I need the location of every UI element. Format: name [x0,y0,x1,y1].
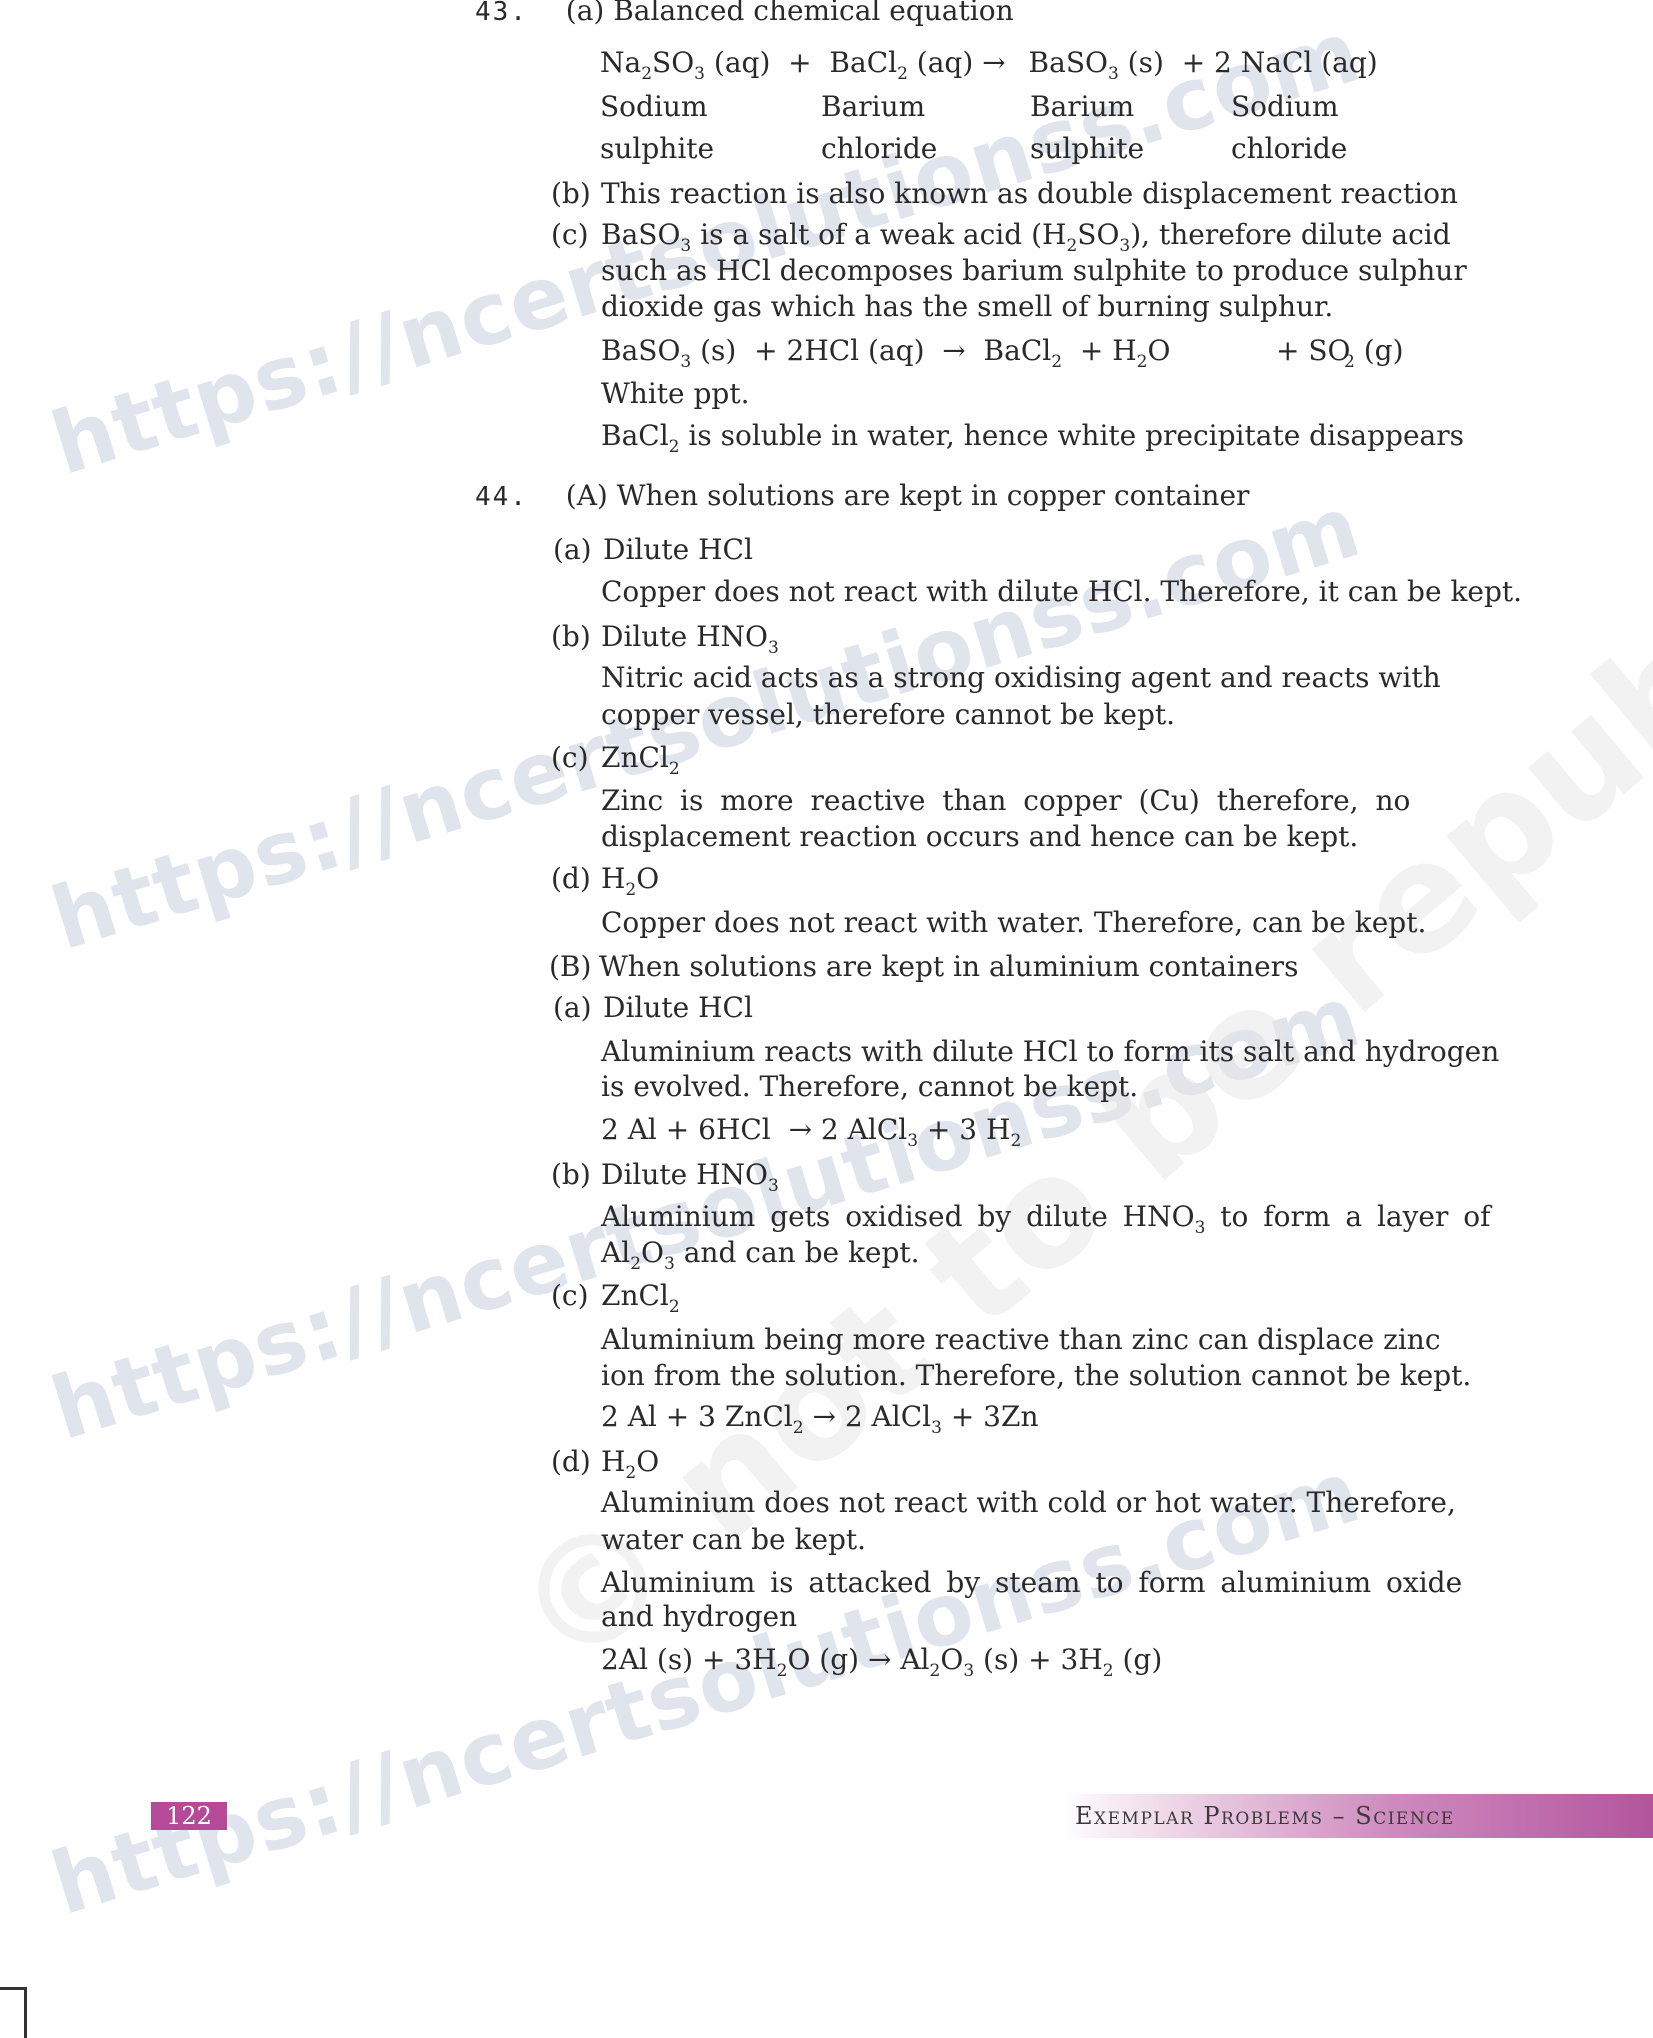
q44-B-d-equation: 2Al (s) + 3H2O (g) → Al2O3 (s) + 3H2 (g) [601,1643,1162,1677]
q43-part-b: (b)This reaction is also known as double… [551,177,1458,211]
question-number: 44. [475,482,528,512]
q44-B-a-title: (a)Dilute HCl [553,991,753,1025]
q44-B-heading: (B)When solutions are kept in aluminium … [549,950,1298,984]
q44-A-a-text: Copper does not react with dilute HCl. T… [601,575,1522,609]
part-heading: Balanced chemical equation [613,0,1013,27]
q44-A-b-title: (b)Dilute HNO3 [551,620,779,654]
q44-B-d-text3: Aluminium is attacked by steam to form a… [601,1566,1462,1600]
q44-B-d-text2: water can be kept. [601,1523,866,1557]
textbook-page: https://ncertsolutionss.com https://ncer… [0,0,1653,2038]
q44-B-c-equation: 2 Al + 3 ZnCl2 → 2 AlCl3 + 3Zn [601,1400,1039,1434]
q43-c-final: BaCl2 is soluble in water, hence white p… [601,419,1464,453]
q44-A-c-text1: Zinc is more reactive than copper (Cu) t… [601,784,1410,818]
page-number: 122 [151,1802,227,1830]
q44-B-c-text1: Aluminium being more reactive than zinc … [601,1323,1441,1357]
q44-A-b-text2: copper vessel, therefore cannot be kept. [601,698,1175,732]
q44-B-a-text1: Aluminium reacts with dilute HCl to form… [601,1035,1499,1069]
book-title: Exemplar Problems – Science [1075,1800,1455,1832]
q44-heading: 44. (A) When solutions are kept in coppe… [475,479,1249,514]
q43-equation: Na2SO3 (aq) + BaCl2 (aq) → BaSO3 (s) + 2… [600,46,1378,80]
q44-A-b-text1: Nitric acid acts as a strong oxidising a… [601,661,1441,695]
q44-B-c-text2: ion from the solution. Therefore, the so… [601,1359,1471,1393]
q44-B-b-text2: Al2O3 and can be kept. [601,1236,920,1270]
q43-c-line2: such as HCl decomposes barium sulphite t… [601,254,1467,288]
part-label: (a) [566,0,605,27]
q44-A-c-title: (c)ZnCl2 [551,741,680,775]
q43-heading: 43. (a) Balanced chemical equation [475,0,1014,29]
q44-B-d-title: (d)H2O [551,1445,659,1479]
crop-mark [0,1987,27,2038]
q44-B-b-title: (b)Dilute HNO3 [551,1158,779,1192]
q44-B-d-text1: Aluminium does not react with cold or ho… [601,1486,1456,1520]
q44-A-a-title: (a)Dilute HCl [553,533,753,567]
q44-B-b-text1: Aluminium gets oxidised by dilute HNO3 t… [601,1200,1491,1234]
question-number: 43. [475,0,528,27]
q44-A-d-text: Copper does not react with water. Theref… [601,906,1426,940]
q43-c-line3: dioxide gas which has the smell of burni… [601,290,1333,324]
q44-B-a-equation: 2 Al + 6HCl → 2 AlCl3 + 3 H2 [601,1113,1021,1147]
q43-part-c: (c)BaSO3 is a salt of a weak acid (H2SO3… [551,218,1451,252]
q44-A-d-title: (d)H2O [551,862,659,896]
q44-B-a-text2: is evolved. Therefore, cannot be kept. [601,1070,1138,1104]
q44-A-c-text2: displacement reaction occurs and hence c… [601,820,1358,854]
q44-B-c-title: (c)ZnCl2 [551,1279,680,1313]
white-ppt-note: White ppt. [601,377,750,411]
q43-c-equation: BaSO3 (s) + 2HCl (aq) → BaCl2 + H2O + SO… [601,334,1170,368]
q44-B-d-text4: and hydrogen [601,1600,797,1634]
